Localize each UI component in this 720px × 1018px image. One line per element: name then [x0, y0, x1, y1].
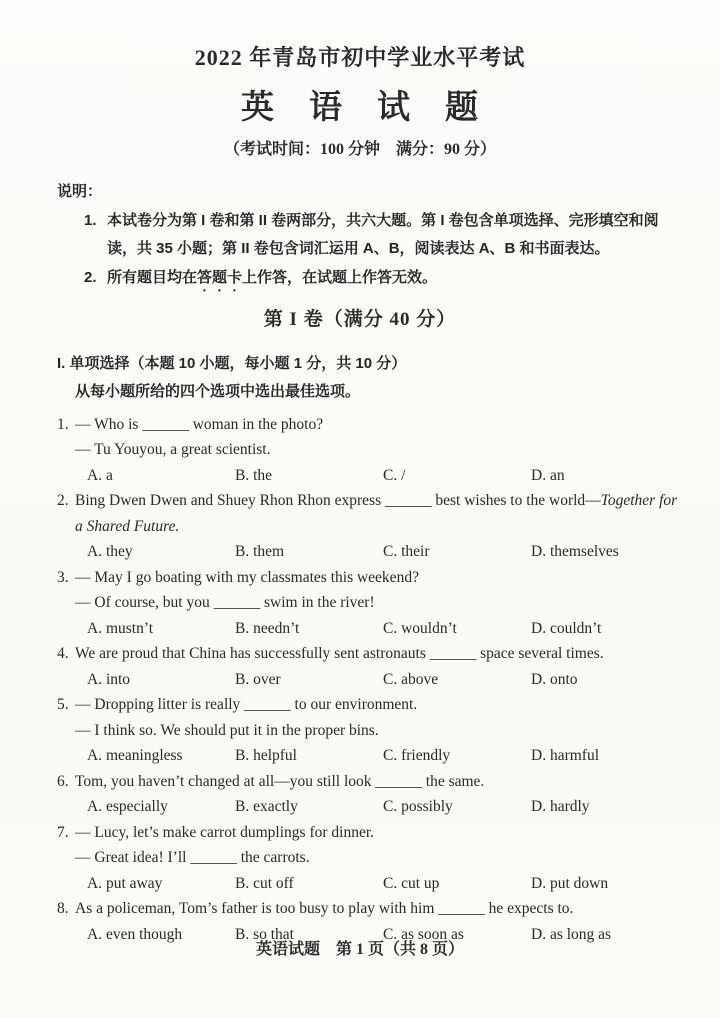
question-line: a Shared Future.	[57, 514, 663, 540]
question-block: 5.— Dropping litter is really ______ to …	[57, 692, 663, 769]
question-block: 4.We are proud that China has successful…	[57, 641, 663, 692]
page-title: 2022 年青岛市初中学业水平考试	[57, 44, 663, 72]
note-text: 本试卷分为第 I 卷和第 II 卷两部分，共六大题。第 I 卷包含单项选择、完形…	[107, 212, 659, 258]
question-text: — Who is ______ woman in the photo?	[75, 416, 323, 433]
question-line: 1.— Who is ______ woman in the photo?	[57, 412, 663, 438]
option-a: A. into	[87, 667, 235, 693]
note-item-1: 1. 本试卷分为第 I 卷和第 II 卷两部分，共六大题。第 I 卷包含单项选择…	[57, 207, 663, 264]
option-b: B. cut off	[235, 871, 383, 897]
option-c: C. above	[383, 667, 531, 693]
options-row: A. aB. theC. /D. an	[57, 463, 663, 489]
option-b: B. needn’t	[235, 616, 383, 642]
question-text: Bing Dwen Dwen and Shuey Rhon Rhon expre…	[75, 492, 601, 509]
option-b: B. them	[235, 539, 383, 565]
question-line: 5.— Dropping litter is really ______ to …	[57, 692, 663, 718]
question-text: Tom, you haven’t changed at all—you stil…	[75, 773, 484, 790]
option-c: C. possibly	[383, 794, 531, 820]
option-d: D. hardly	[531, 794, 590, 820]
option-d: D. harmful	[531, 743, 599, 769]
note-text-emphasized: 答题卡	[197, 269, 242, 286]
question-line: 6.Tom, you haven’t changed at all—you st…	[57, 769, 663, 795]
exam-info-line: （考试时间：100 分钟 满分：90 分）	[57, 138, 663, 162]
question-text-italic: Together for	[601, 492, 678, 509]
note-text: 上作答，在试题上作答无效。	[242, 269, 437, 286]
question-text: — Lucy, let’s make carrot dumplings for …	[75, 824, 374, 841]
questions-list: 1.— Who is ______ woman in the photo?— T…	[57, 412, 663, 948]
question-block: 2.Bing Dwen Dwen and Shuey Rhon Rhon exp…	[57, 488, 663, 565]
question-line: 3.— May I go boating with my classmates …	[57, 565, 663, 591]
note-text: 所有题目均在	[107, 269, 197, 286]
option-b: B. the	[235, 463, 383, 489]
option-d: D. an	[531, 463, 565, 489]
question-line: — Tu Youyou, a great scientist.	[57, 437, 663, 463]
options-row: A. intoB. overC. aboveD. onto	[57, 667, 663, 693]
question-number: 7.	[57, 820, 75, 846]
option-a: A. put away	[87, 871, 235, 897]
notes-section: 说明： 1. 本试卷分为第 I 卷和第 II 卷两部分，共六大题。第 I 卷包含…	[57, 178, 663, 295]
option-d: D. themselves	[531, 539, 619, 565]
question-number: 2.	[57, 488, 75, 514]
option-c: C. cut up	[383, 871, 531, 897]
options-row: A. put awayB. cut offC. cut upD. put dow…	[57, 871, 663, 897]
option-a: A. they	[87, 539, 235, 565]
part1-heading: 第 I 卷（满分 40 分）	[57, 305, 663, 335]
question-block: 6.Tom, you haven’t changed at all—you st…	[57, 769, 663, 820]
option-d: D. couldn’t	[531, 616, 601, 642]
page-footer: 英语试题 第 1 页（共 8 页）	[0, 936, 720, 959]
question-number: 1.	[57, 412, 75, 438]
question-number: 3.	[57, 565, 75, 591]
section1-instruction: 从每小题所给的四个选项中选出最佳选项。	[57, 378, 663, 406]
options-row: A. meaninglessB. helpfulC. friendlyD. ha…	[57, 743, 663, 769]
question-number: 6.	[57, 769, 75, 795]
question-number: 8.	[57, 896, 75, 922]
option-c: C. friendly	[383, 743, 531, 769]
option-c: C. wouldn’t	[383, 616, 531, 642]
options-row: A. theyB. themC. theirD. themselves	[57, 539, 663, 565]
note-number: 2.	[84, 264, 97, 293]
question-text: — Great idea! I’ll ______ the carrots.	[75, 849, 310, 866]
question-text: — Dropping litter is really ______ to ou…	[75, 696, 417, 713]
option-b: B. exactly	[235, 794, 383, 820]
question-line: 2.Bing Dwen Dwen and Shuey Rhon Rhon exp…	[57, 488, 663, 514]
question-text-italic: a Shared Future.	[75, 518, 179, 535]
option-a: A. especially	[87, 794, 235, 820]
notes-heading: 说明：	[57, 178, 663, 207]
question-text: — Tu Youyou, a great scientist.	[75, 441, 271, 458]
question-number: 5.	[57, 692, 75, 718]
question-text: — May I go boating with my classmates th…	[75, 569, 419, 586]
option-b: B. helpful	[235, 743, 383, 769]
section1-heading: I. 单项选择（本题 10 小题，每小题 1 分，共 10 分）	[57, 350, 663, 378]
section1-header: I. 单项选择（本题 10 小题，每小题 1 分，共 10 分） 从每小题所给的…	[57, 350, 663, 406]
exam-paper-page: 2022 年青岛市初中学业水平考试 英 语 试 题 （考试时间：100 分钟 满…	[0, 0, 720, 1018]
subject-title: 英 语 试 题	[57, 86, 663, 130]
option-c: C. /	[383, 463, 531, 489]
option-c: C. their	[383, 539, 531, 565]
question-line: 8.As a policeman, Tom’s father is too bu…	[57, 896, 663, 922]
option-a: A. meaningless	[87, 743, 235, 769]
question-number: 4.	[57, 641, 75, 667]
question-text: As a policeman, Tom’s father is too busy…	[75, 900, 573, 917]
option-b: B. over	[235, 667, 383, 693]
question-line: — I think so. We should put it in the pr…	[57, 718, 663, 744]
option-a: A. a	[87, 463, 235, 489]
question-line: 7.— Lucy, let’s make carrot dumplings fo…	[57, 820, 663, 846]
question-block: 1.— Who is ______ woman in the photo?— T…	[57, 412, 663, 489]
question-block: 3.— May I go boating with my classmates …	[57, 565, 663, 642]
option-d: D. put down	[531, 871, 608, 897]
question-line: — Great idea! I’ll ______ the carrots.	[57, 845, 663, 871]
note-item-2: 2. 所有题目均在答题卡上作答，在试题上作答无效。	[57, 264, 663, 295]
option-d: D. onto	[531, 667, 578, 693]
options-row: A. especiallyB. exactlyC. possiblyD. har…	[57, 794, 663, 820]
question-line: — Of course, but you ______ swim in the …	[57, 590, 663, 616]
question-text: — I think so. We should put it in the pr…	[75, 722, 379, 739]
options-row: A. mustn’tB. needn’tC. wouldn’tD. couldn…	[57, 616, 663, 642]
question-block: 7.— Lucy, let’s make carrot dumplings fo…	[57, 820, 663, 897]
option-a: A. mustn’t	[87, 616, 235, 642]
question-text: — Of course, but you ______ swim in the …	[75, 594, 375, 611]
question-line: 4.We are proud that China has successful…	[57, 641, 663, 667]
question-text: We are proud that China has successfully…	[75, 645, 604, 662]
note-number: 1.	[84, 207, 97, 236]
